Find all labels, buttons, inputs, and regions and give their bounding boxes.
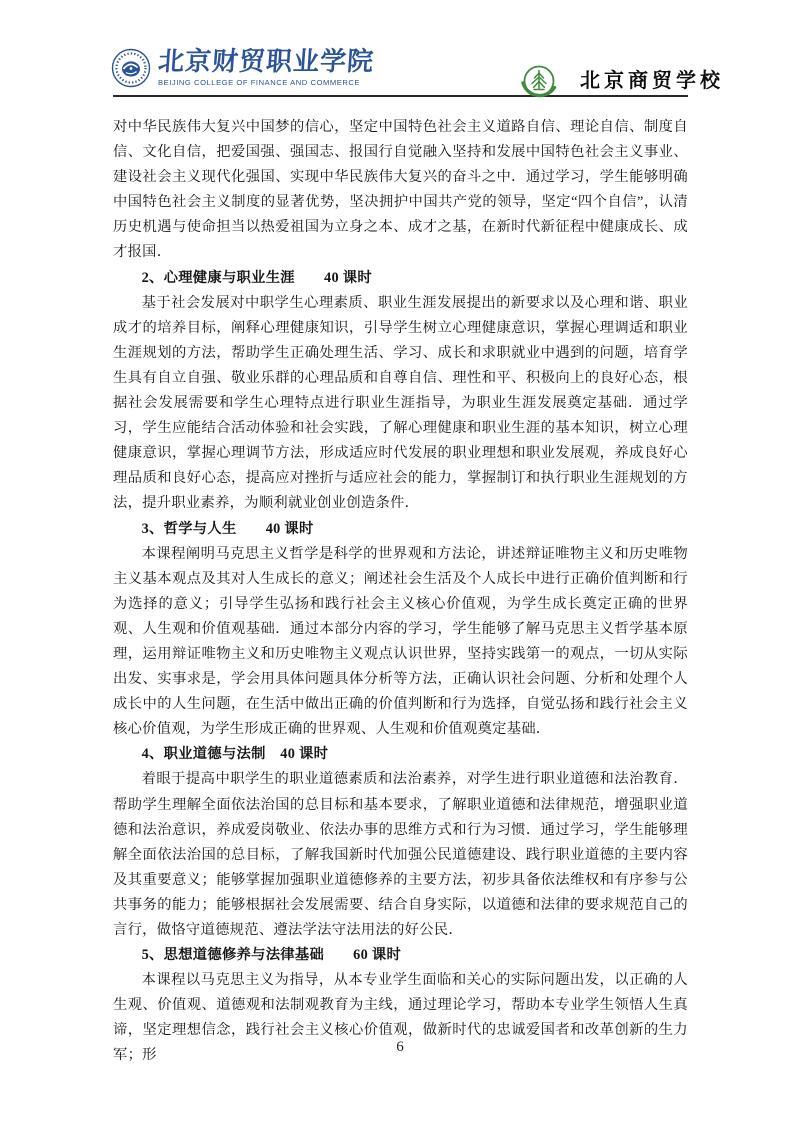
- college-name-block: 北京财贸职业学院 BEIJING COLLEGE OF FINANCE AND …: [158, 48, 374, 87]
- paragraph-ideology-continued: 对中华民族伟大复兴中国梦的信心，坚定中国特色社会主义道路自信、理论自信、制度自信…: [113, 115, 688, 266]
- course-heading-ethics-law: 4、职业道德与法制 40 课时: [113, 742, 688, 767]
- course-heading-moral-legal-basis: 5、思想道德修养与法律基础 60 课时: [113, 943, 688, 968]
- college-brand: 北京财贸职业学院 BEIJING COLLEGE OF FINANCE AND …: [111, 48, 374, 88]
- college-name-zh: 北京财贸职业学院: [157, 48, 375, 76]
- document-page: 北京财贸职业学院 BEIJING COLLEGE OF FINANCE AND …: [0, 0, 800, 1131]
- paragraph-mental-health: 基于社会发展对中职学生心理素质、职业生涯发展提出的新要求以及心理和谐、职业成才的…: [113, 291, 688, 517]
- page-footer: 6: [0, 1039, 800, 1056]
- college-name-en: BEIJING COLLEGE OF FINANCE AND COMMERCE: [158, 78, 374, 87]
- paragraph-philosophy: 本课程阐明马克思主义哲学是科学的世界观和方法论，讲述辩证唯物主义和历史唯物主义基…: [113, 542, 688, 743]
- document-body: 对中华民族伟大复兴中国梦的信心，坚定中国特色社会主义道路自信、理论自信、制度自信…: [113, 115, 688, 1069]
- page-number: 6: [396, 1039, 404, 1055]
- college-seal-icon: [111, 48, 151, 88]
- school-name: 北京商贸学校: [580, 64, 724, 93]
- paragraph-ethics-law: 着眼于提高中职学生的职业道德素质和法治素养，对学生进行职业道德和法治教育．帮助学…: [113, 767, 688, 943]
- course-heading-philosophy: 3、哲学与人生 40 课时: [113, 517, 688, 542]
- school-tree-emblem-icon: [518, 62, 560, 104]
- course-heading-mental-health: 2、心理健康与职业生涯 40 课时: [113, 266, 688, 291]
- header-divider-rule: [113, 95, 688, 97]
